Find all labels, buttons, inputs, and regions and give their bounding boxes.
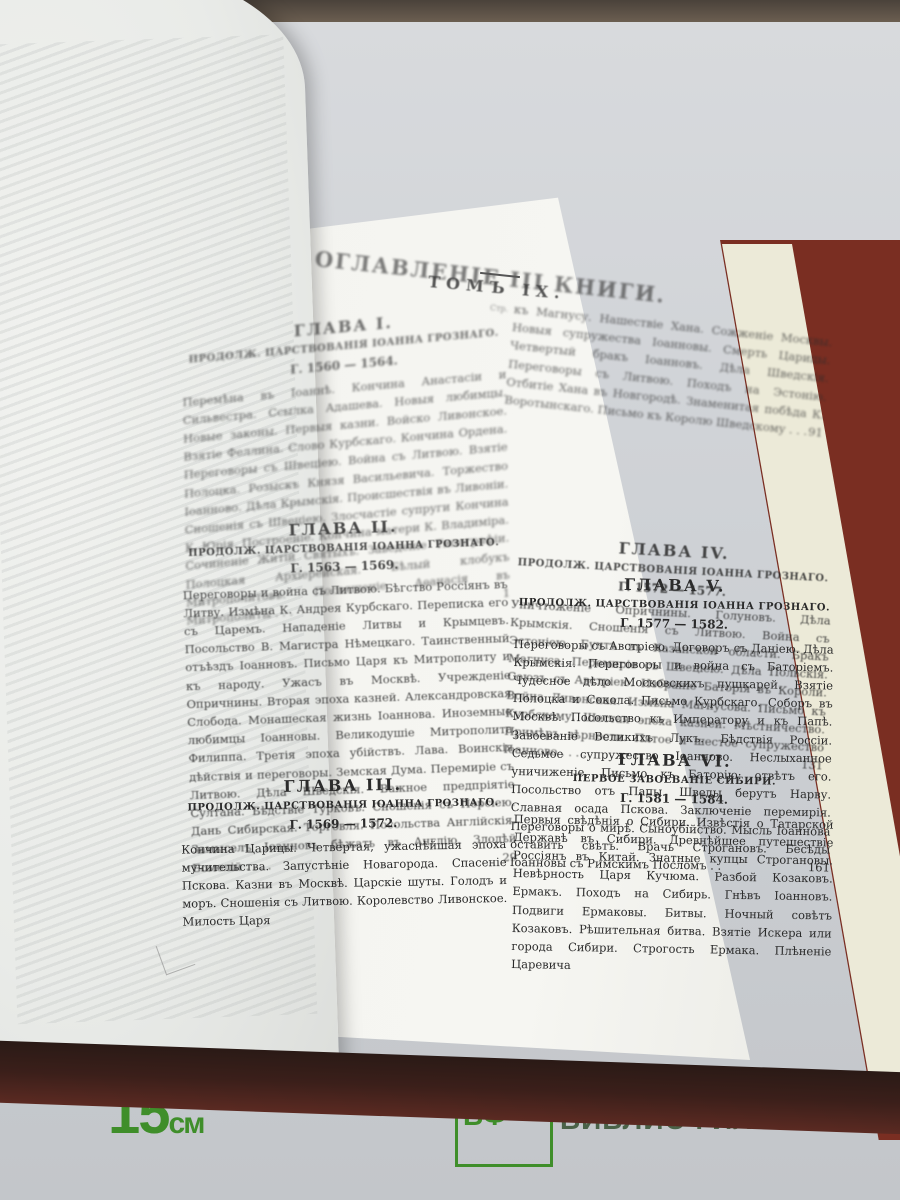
toc-entry: къ Магнусу. Нашествіе Хана. Сожженіе Мос… [504, 300, 834, 442]
chapter-summary: къ Магнусу. Нашествіе Хана. Сожженіе Мос… [504, 300, 834, 442]
page-number: 91 [807, 422, 823, 442]
table-of-contents: ОГЛАВЛЕНІЕ III КНИГИ. ТОМЪ IX. Стр. ГЛАВ… [150, 240, 870, 1000]
photo-scene: 15см БФ БИБЛИОФИЛ ОГЛАВЛЕНІЕ III КНИГИ. … [0, 0, 900, 1200]
toc-entry: ГЛАВА VI. ПЕРВОЕ ЗАВОЕВАНІЕ СИБИРИ. Г. 1… [511, 745, 835, 979]
chapter-summary: Первыя свѣдѣнія о Сибири. Извѣстія о Тат… [511, 810, 834, 979]
size-unit: см [169, 1107, 204, 1140]
chapter-summary: Кончина Царицы. Четвертая, ужаснѣйшая эп… [181, 835, 508, 932]
toc-entry: ГЛАВА III. ПРОДОЛЖ. ЦАРСТВОВАНІЯ ІОАННА … [180, 770, 508, 931]
